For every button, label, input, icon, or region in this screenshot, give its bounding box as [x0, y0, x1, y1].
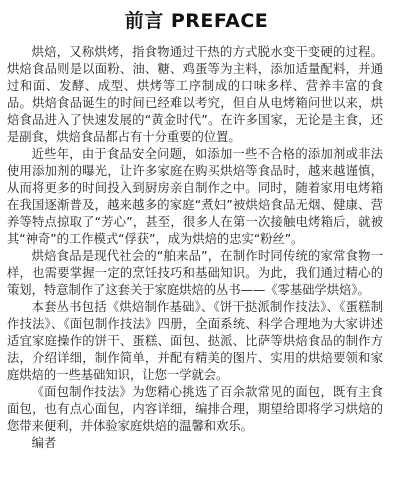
paragraph-bread-book: 《面包制作技法》为您精心挑选了百余款常见的面包，既有主食面包，也有点心面包，内容…	[7, 384, 383, 435]
preface-body: 烘焙，又称烘烤，指食物通过干热的方式脱水变干变硬的过程。烘焙食品则是以面粉、油、…	[7, 44, 383, 452]
page-title: 前言 PREFACE	[0, 8, 393, 34]
preface-page: 前言 PREFACE 烘焙，又称烘烤，指食物通过干热的方式脱水变干变硬的过程。烘…	[0, 0, 393, 500]
paragraph-series-purpose: 烘焙食品是现代社会的“舶来品”，在制作时同传统的家常食物一样，也需要掌握一定的烹…	[7, 248, 383, 299]
signature: 编者	[7, 435, 383, 452]
paragraph-intro: 烘焙，又称烘烤，指食物通过干热的方式脱水变干变硬的过程。烘焙食品则是以面粉、油、…	[7, 44, 383, 146]
paragraph-food-safety: 近些年，由于食品安全问题，如添加一些不合格的添加剂或非法使用添加剂的曝光，让许多…	[7, 146, 383, 248]
paragraph-series-contents: 本套丛书包括《烘焙制作基础》、《饼干挞派制作技法》、《蛋糕制作技法》、《面包制作…	[7, 299, 383, 384]
